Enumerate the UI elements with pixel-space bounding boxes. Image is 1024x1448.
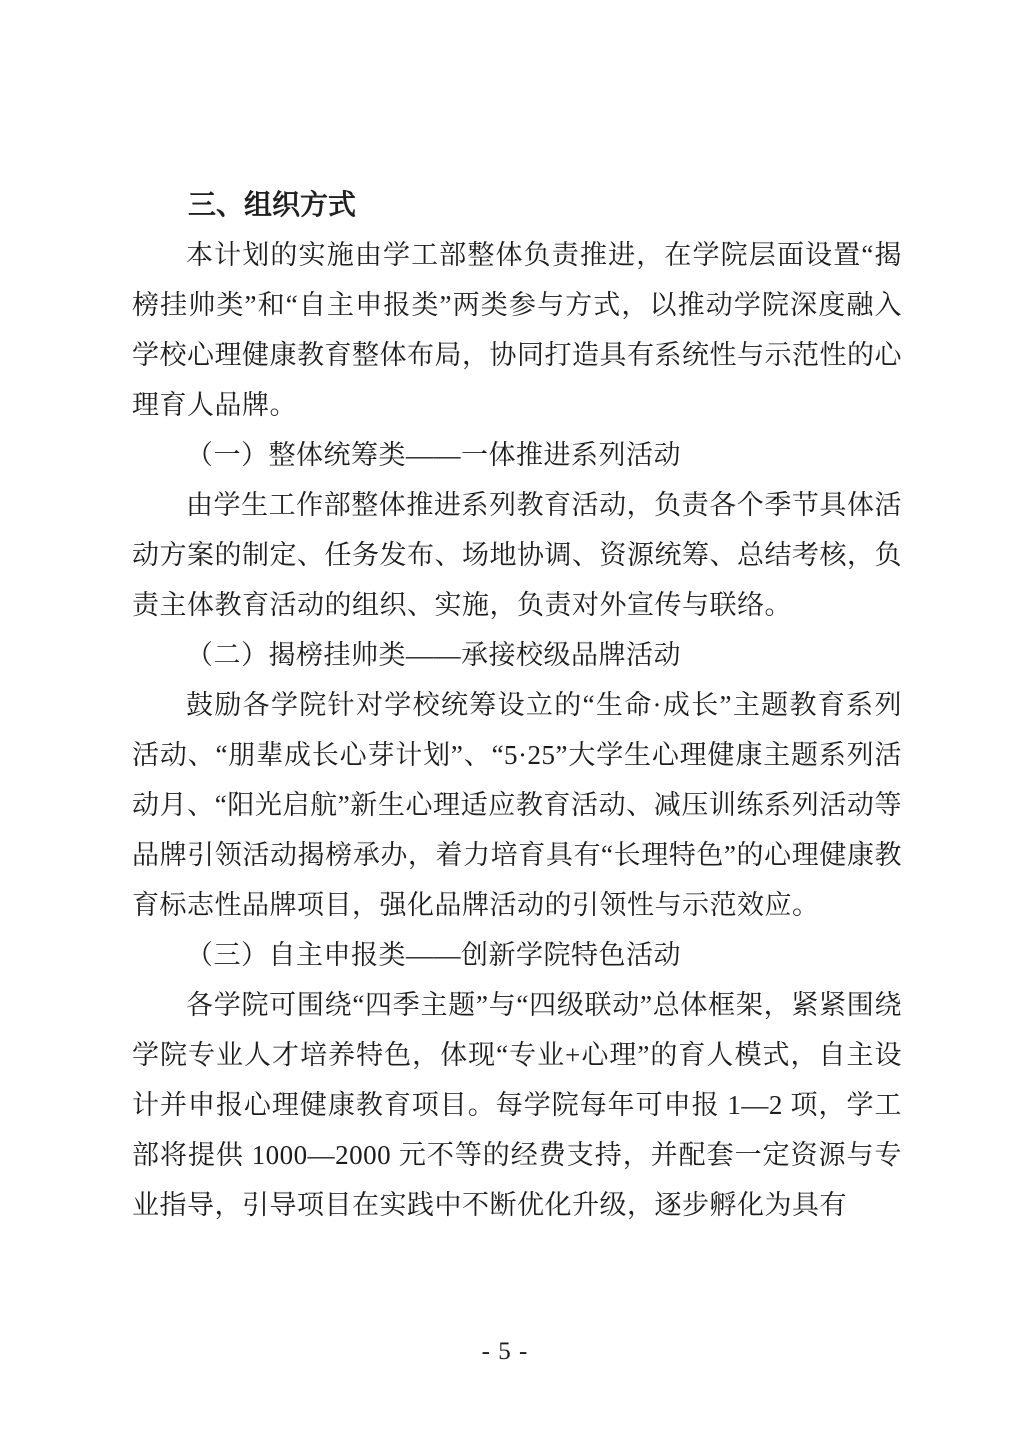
section-heading: （三）自主申报类——创新学院特色活动: [132, 930, 902, 980]
main-heading: 三、组织方式: [132, 180, 902, 230]
document-page: 三、组织方式本计划的实施由学工部整体负责推进，在学院层面设置“揭榜挂帅类”和“自…: [0, 0, 1024, 1448]
section-heading: （二）揭榜挂帅类——承接校级品牌活动: [132, 630, 902, 680]
page-number: - 5 -: [0, 1338, 1010, 1366]
body-paragraph: 本计划的实施由学工部整体负责推进，在学院层面设置“揭榜挂帅类”和“自主申报类”两…: [132, 230, 902, 430]
document-body: 三、组织方式本计划的实施由学工部整体负责推进，在学院层面设置“揭榜挂帅类”和“自…: [132, 180, 902, 1230]
section-heading: （一）整体统筹类——一体推进系列活动: [132, 430, 902, 480]
body-paragraph: 鼓励各学院针对学校统筹设立的“生命·成长”主题教育系列活动、“朋辈成长心芽计划”…: [132, 680, 902, 930]
body-paragraph: 各学院可围绕“四季主题”与“四级联动”总体框架，紧紧围绕学院专业人才培养特色，体…: [132, 980, 902, 1230]
body-paragraph: 由学生工作部整体推进系列教育活动，负责各个季节具体活动方案的制定、任务发布、场地…: [132, 480, 902, 630]
